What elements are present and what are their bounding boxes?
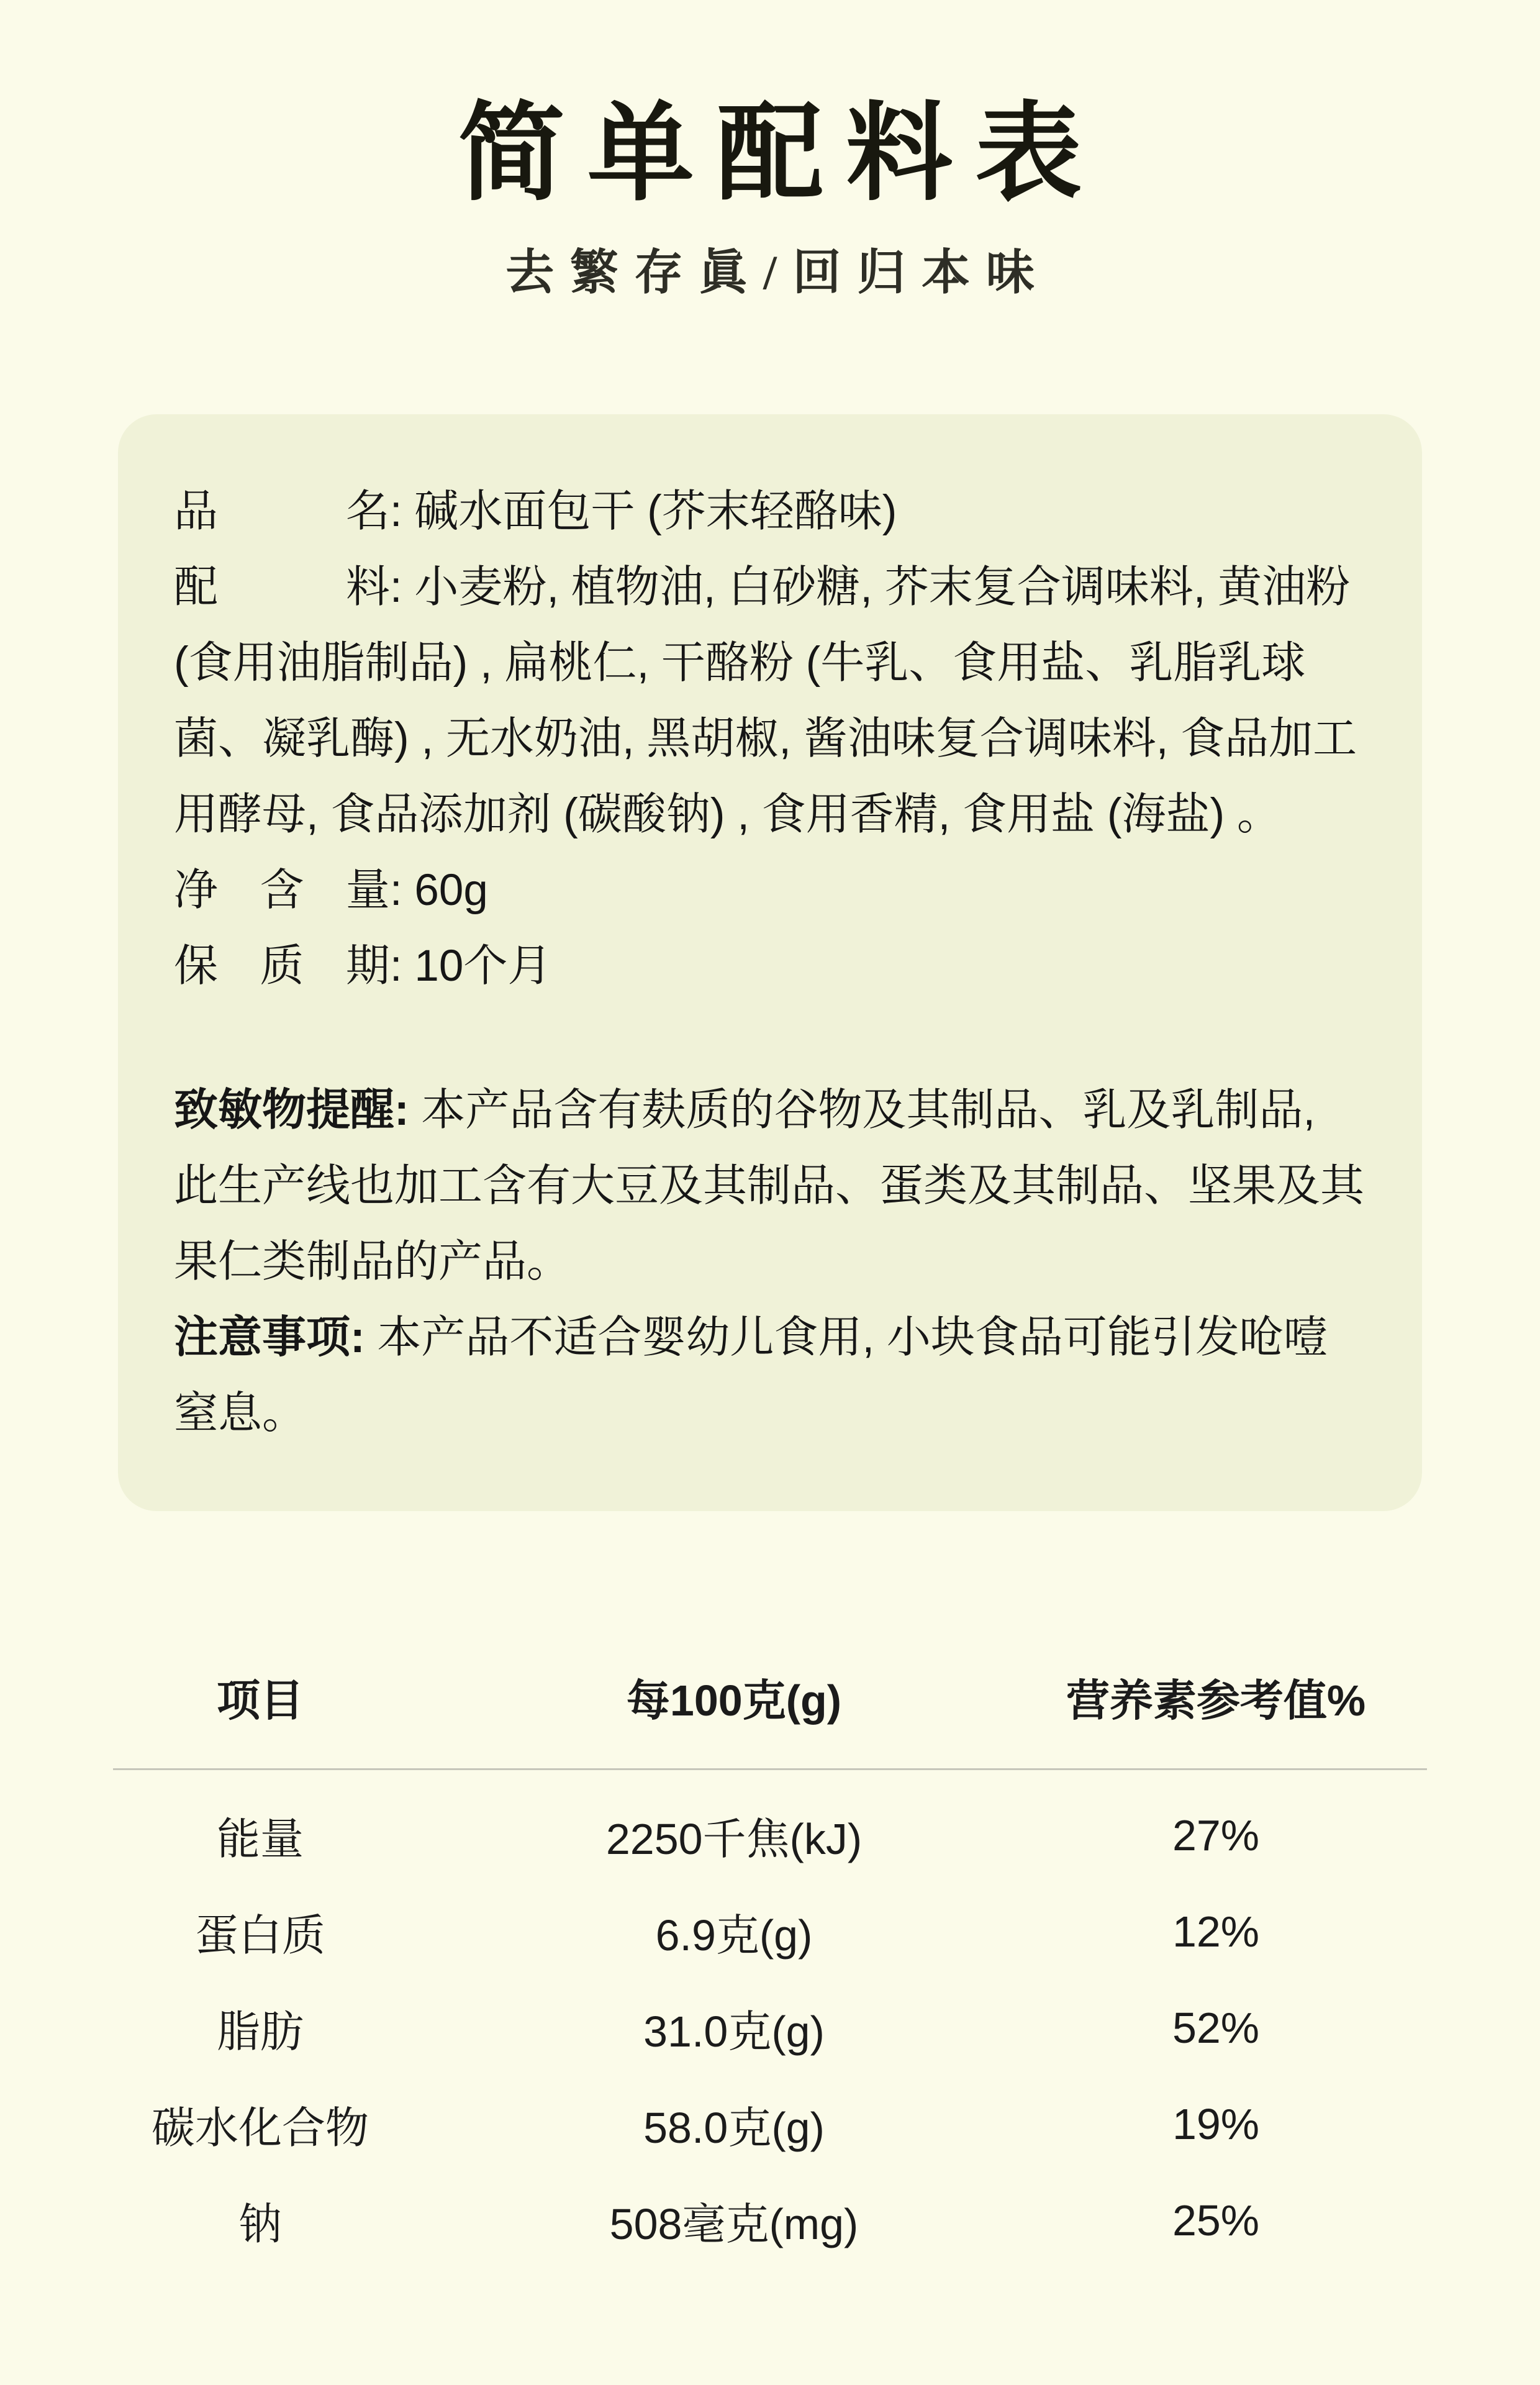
nutrition-header-row: 项目 每100克(g) 营养素参考值% xyxy=(113,1651,1427,1744)
nutrition-row-carbohydrate: 碳水化合物 58.0克(g) 19% xyxy=(113,2076,1427,2173)
nutrition-cell-nrv: 27% xyxy=(1061,1810,1427,1860)
product-spec-page: { "colors": { "page_background": "#FBFBE… xyxy=(0,0,1540,2385)
field-label: 配料 xyxy=(174,550,390,625)
field-label: 品名 xyxy=(174,474,390,550)
notice-lead: 致敏物提醒: xyxy=(174,1086,409,1135)
nutrition-row-sodium: 钠 508毫克(mg) 25% xyxy=(113,2173,1427,2269)
nutrition-cell-value: 508毫克(mg) xyxy=(407,2189,1061,2252)
nutrition-cell-item: 能量 xyxy=(113,1804,407,1867)
nutrition-cell-value: 58.0克(g) xyxy=(407,2093,1061,2156)
product-info-card: 品名: 碱水面包干 (芥末轻酪味) 配料: 小麦粉, 植物油, 白砂糖, 芥末复… xyxy=(118,414,1422,1511)
field-label: 净含量 xyxy=(174,853,390,929)
notice-lead: 注意事项: xyxy=(174,1313,365,1362)
nutrition-cell-nrv: 19% xyxy=(1061,2099,1427,2149)
nutrition-cell-nrv: 52% xyxy=(1061,2003,1427,2053)
nutrition-table: 项目 每100克(g) 营养素参考值% 能量 2250千焦(kJ) 27% 蛋白… xyxy=(113,1651,1427,2269)
field-label: 保质期 xyxy=(174,929,390,1004)
nutrition-row-protein: 蛋白质 6.9克(g) 12% xyxy=(113,1884,1427,1980)
nutrition-cell-nrv: 12% xyxy=(1061,1907,1427,1956)
nutrition-header-item: 项目 xyxy=(113,1666,407,1729)
nutrition-header-nrv: 营养素参考值% xyxy=(1061,1666,1427,1729)
nutrition-header-per100g: 每100克(g) xyxy=(407,1666,1061,1729)
page-subtitle: 去繁存眞/回归本味 xyxy=(0,241,1540,304)
field-product-name: 品名: 碱水面包干 (芥末轻酪味) xyxy=(174,474,1367,550)
field-shelf-life: 保质期: 10个月 xyxy=(174,929,1367,1004)
field-value: : 60g xyxy=(390,866,488,915)
nutrition-body: 能量 2250千焦(kJ) 27% 蛋白质 6.9克(g) 12% 脂肪 31.… xyxy=(113,1770,1427,2269)
field-value: : 10个月 xyxy=(390,942,551,991)
allergen-notice: 致敏物提醒: 本产品含有麸质的谷物及其制品、乳及乳制品, 此生产线也加工含有大豆… xyxy=(174,1073,1367,1300)
field-value: : 碱水面包干 (芥末轻酪味) xyxy=(390,487,897,536)
nutrition-row-energy: 能量 2250千焦(kJ) 27% xyxy=(113,1788,1427,1884)
nutrition-cell-nrv: 25% xyxy=(1061,2196,1427,2245)
nutrition-cell-item: 钠 xyxy=(113,2189,407,2252)
nutrition-cell-item: 蛋白质 xyxy=(113,1901,407,1963)
nutrition-cell-item: 脂肪 xyxy=(113,1997,407,2060)
field-net-weight: 净含量: 60g xyxy=(174,853,1367,929)
nutrition-row-fat: 脂肪 31.0克(g) 52% xyxy=(113,1980,1427,2076)
nutrition-cell-value: 6.9克(g) xyxy=(407,1901,1061,1963)
field-ingredients: 配料: 小麦粉, 植物油, 白砂糖, 芥末复合调味料, 黄油粉 (食用油脂制品)… xyxy=(174,550,1367,853)
nutrition-cell-value: 31.0克(g) xyxy=(407,1997,1061,2060)
notices: 致敏物提醒: 本产品含有麸质的谷物及其制品、乳及乳制品, 此生产线也加工含有大豆… xyxy=(174,1073,1367,1451)
nutrition-cell-value: 2250千焦(kJ) xyxy=(407,1804,1061,1867)
page-title: 简单配料表 xyxy=(0,93,1540,217)
caution-notice: 注意事项: 本产品不适合婴幼儿食用, 小块食品可能引发呛噎窒息。 xyxy=(174,1300,1367,1451)
nutrition-cell-item: 碳水化合物 xyxy=(113,2093,407,2156)
page-header: 简单配料表 去繁存眞/回归本味 xyxy=(0,0,1540,304)
